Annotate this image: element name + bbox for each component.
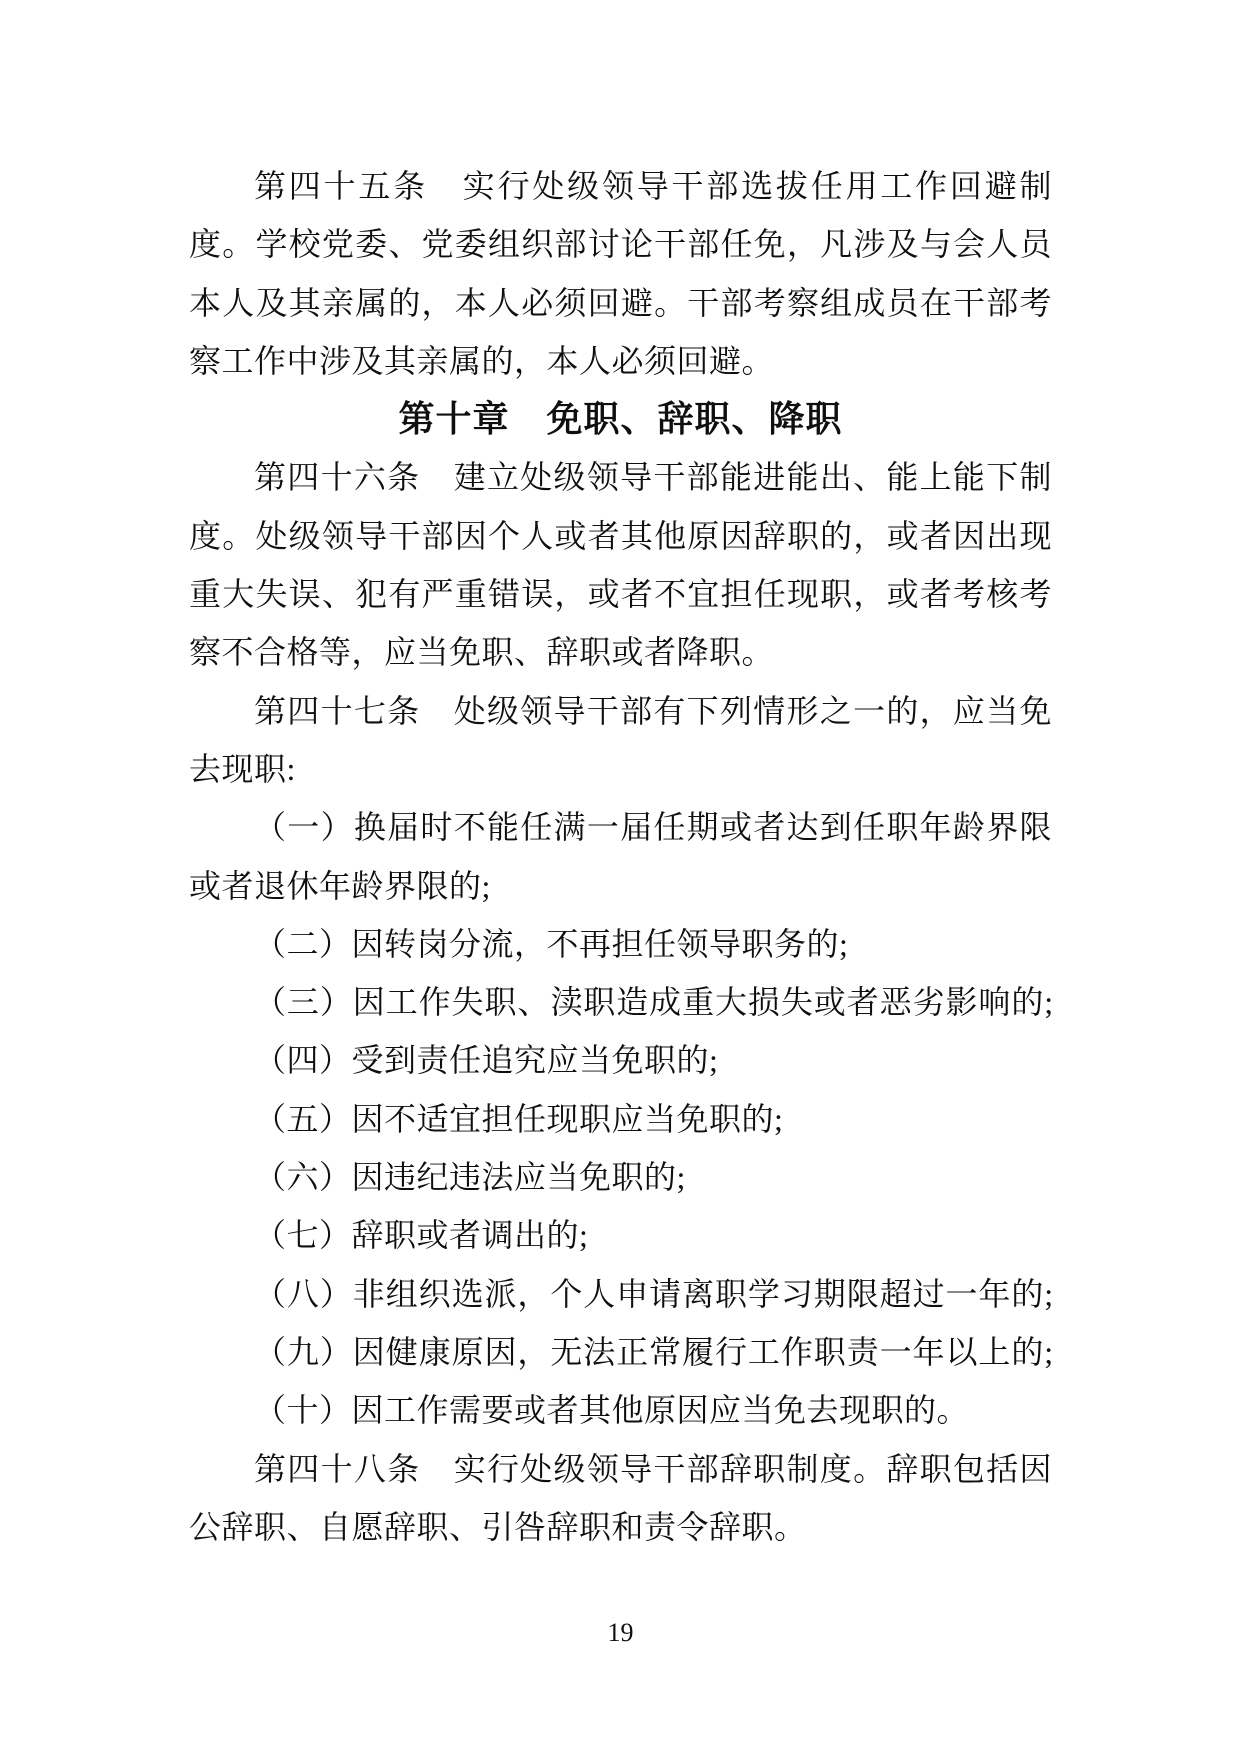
text-line: （四）受到责任追究应当免职的; [189, 1031, 1052, 1089]
text-line: 或者退休年龄界限的; [189, 857, 1052, 915]
text-line: 去现职: [189, 740, 1052, 798]
text-line: 察工作中涉及其亲属的，本人必须回避。 [189, 332, 1052, 390]
text-line: （三）因工作失职、渎职造成重大损失或者恶劣影响的; [189, 973, 1052, 1031]
document-page: 第四十五条 实行处级领导干部选拔任用工作回避制度。学校党委、党委组织部讨论干部任… [0, 0, 1241, 1754]
text-line: 公辞职、自愿辞职、引咎辞职和责令辞职。 [189, 1498, 1052, 1556]
text-line: 本人及其亲属的，本人必须回避。干部考察组成员在干部考 [189, 274, 1052, 332]
chapter-heading: 第十章 免职、辞职、降职 [189, 390, 1052, 448]
text-line: （六）因违纪违法应当免职的; [189, 1148, 1052, 1206]
text-line: 第四十七条 处级领导干部有下列情形之一的，应当免 [189, 682, 1052, 740]
text-line: （五）因不适宜担任现职应当免职的; [189, 1090, 1052, 1148]
text-line: 察不合格等，应当免职、辞职或者降职。 [189, 623, 1052, 681]
text-line: （九）因健康原因，无法正常履行工作职责一年以上的; [189, 1323, 1052, 1381]
text-line: （七）辞职或者调出的; [189, 1206, 1052, 1264]
text-line: （二）因转岗分流，不再担任领导职务的; [189, 915, 1052, 973]
text-line: 重大失误、犯有严重错误，或者不宜担任现职，或者考核考 [189, 565, 1052, 623]
text-line: （十）因工作需要或者其他原因应当免去现职的。 [189, 1381, 1052, 1439]
text-line: （一）换届时不能任满一届任期或者达到任职年龄界限 [189, 798, 1052, 856]
text-line: 度。学校党委、党委组织部讨论干部任免，凡涉及与会人员 [189, 215, 1052, 273]
page-number: 19 [0, 1618, 1241, 1648]
text-line: 度。处级领导干部因个人或者其他原因辞职的，或者因出现 [189, 507, 1052, 565]
text-line: 第四十五条 实行处级领导干部选拔任用工作回避制 [189, 157, 1052, 215]
text-line: 第四十八条 实行处级领导干部辞职制度。辞职包括因 [189, 1440, 1052, 1498]
document-body: 第四十五条 实行处级领导干部选拔任用工作回避制度。学校党委、党委组织部讨论干部任… [189, 157, 1052, 1556]
text-line: （八）非组织选派，个人申请离职学习期限超过一年的; [189, 1265, 1052, 1323]
text-line: 第四十六条 建立处级领导干部能进能出、能上能下制 [189, 448, 1052, 506]
